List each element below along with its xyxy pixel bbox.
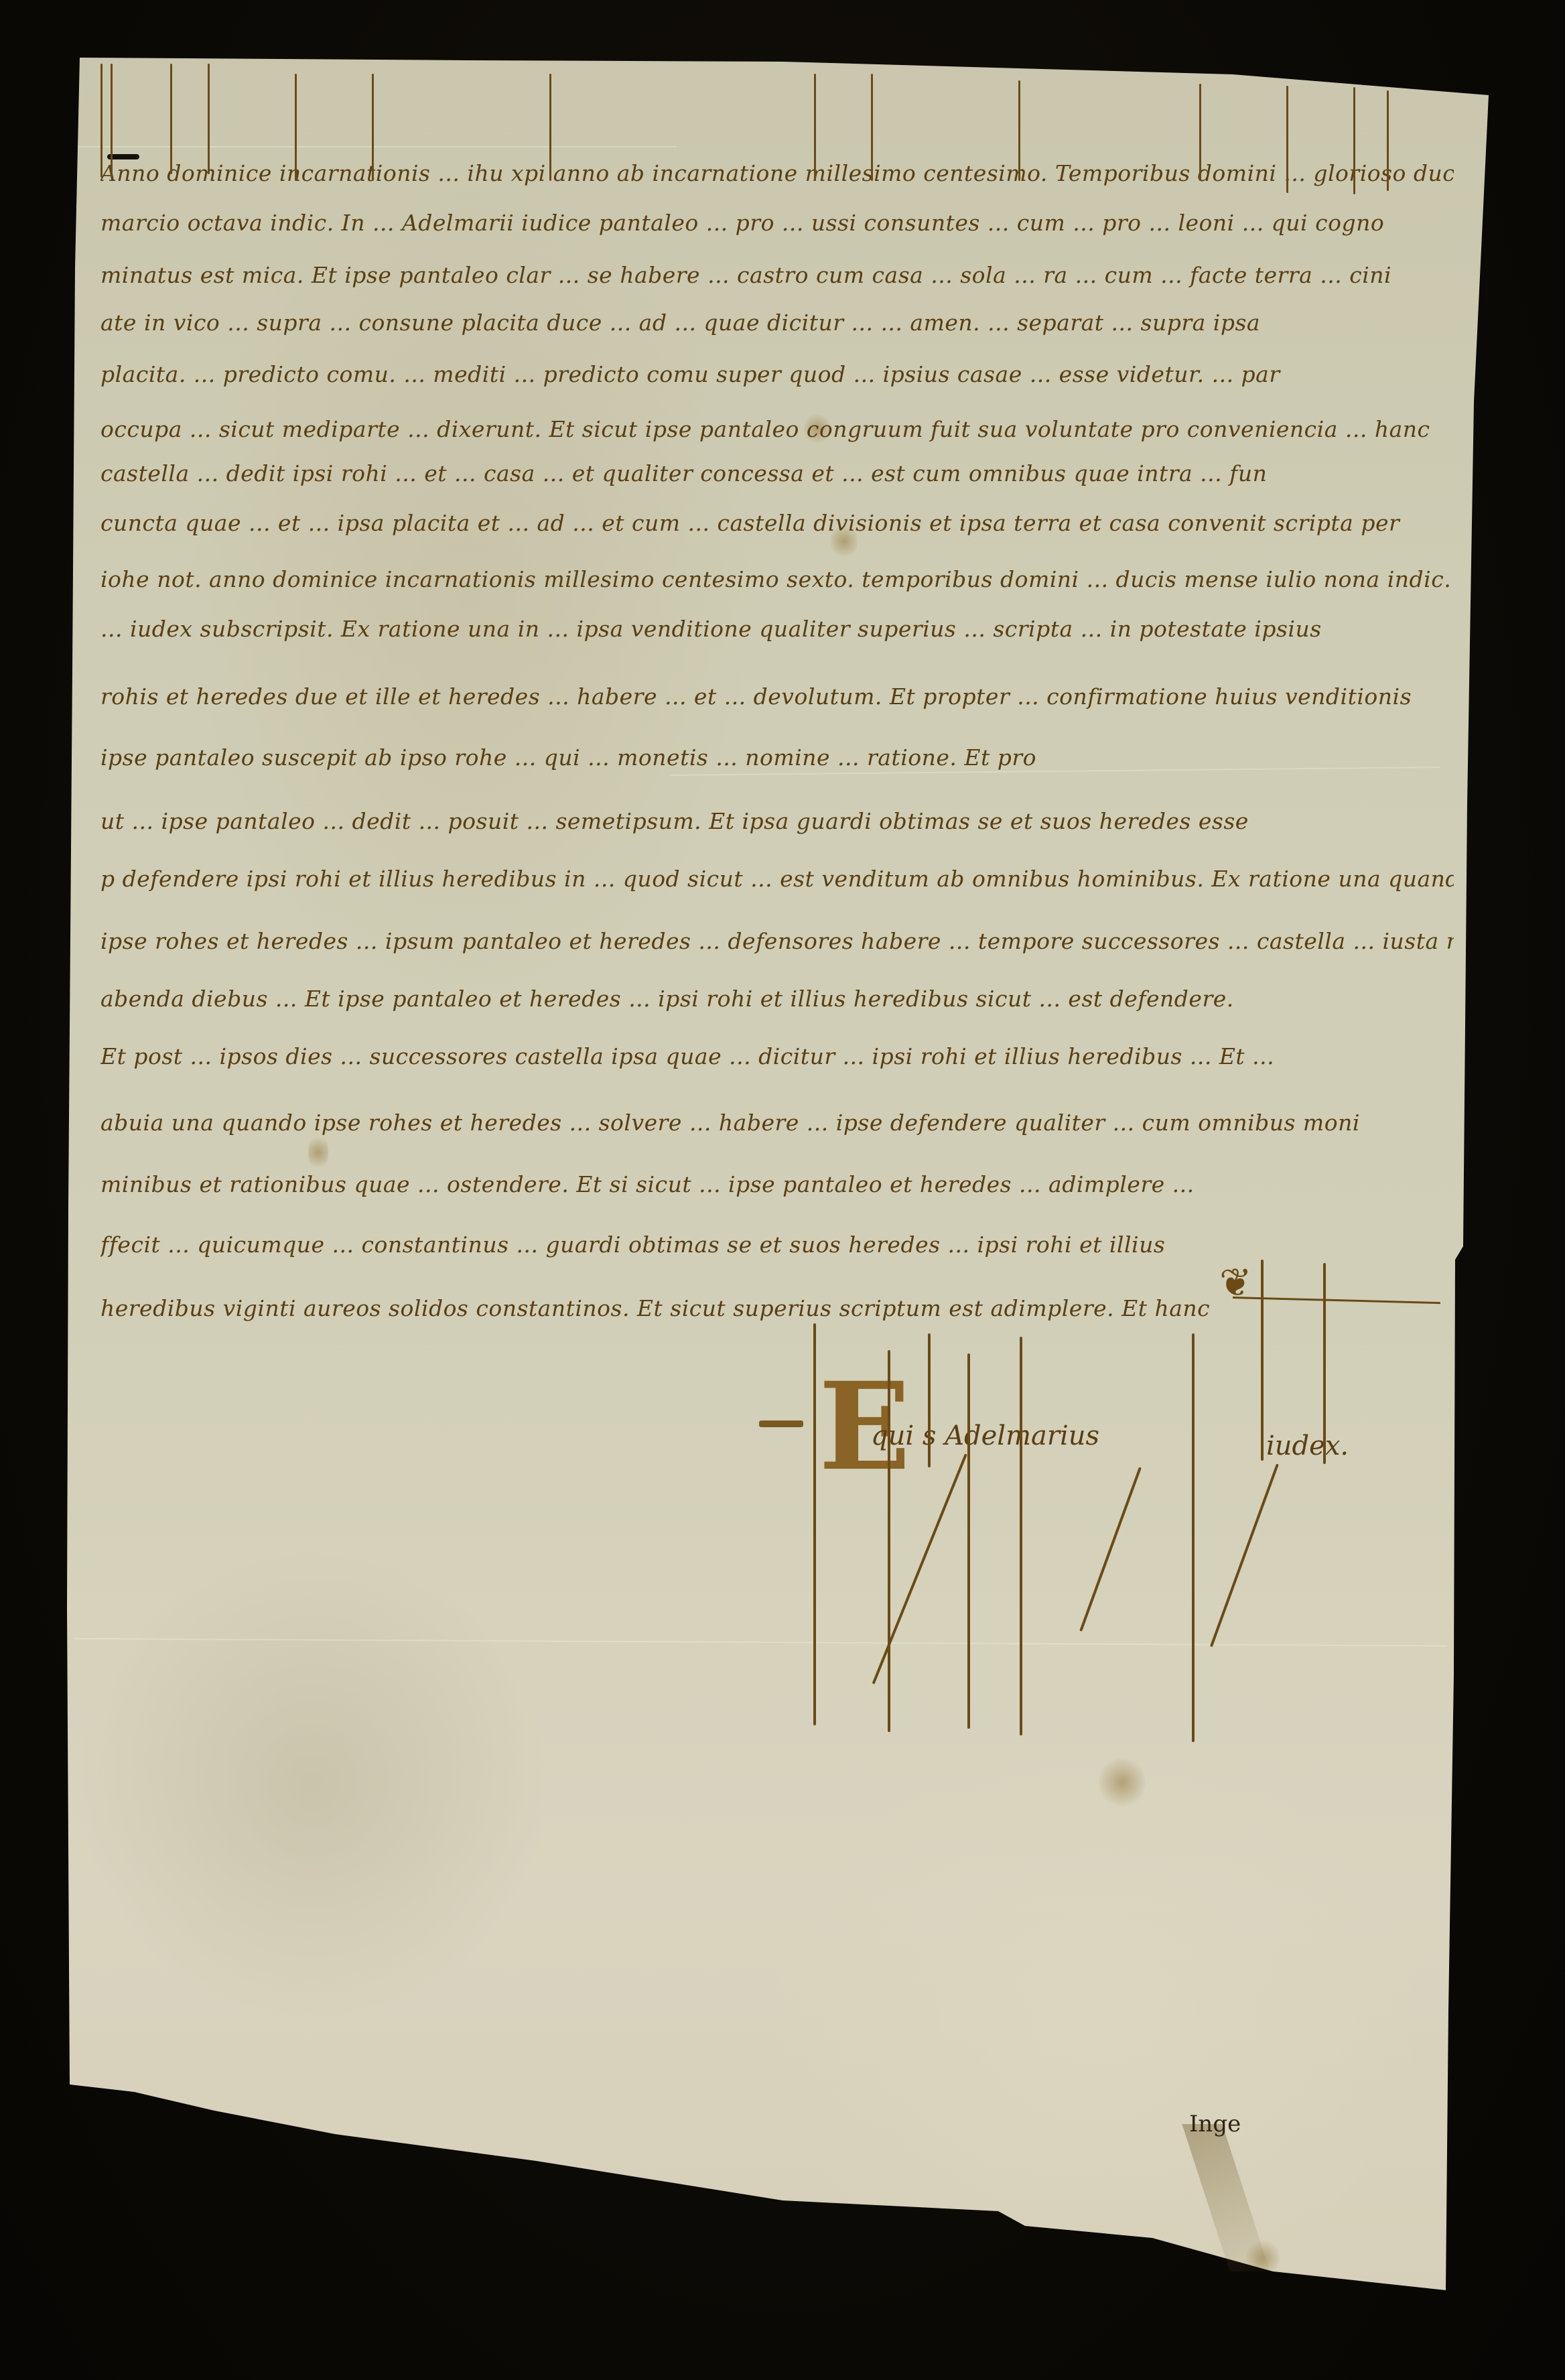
cross-bar — [759, 1420, 803, 1427]
text-line: occupa ... sicut mediparte ... dixerunt.… — [100, 416, 1454, 443]
ascender-stroke — [1286, 86, 1288, 193]
text-line: p defendere ipsi rohi et illius heredibu… — [100, 866, 1454, 892]
ascender-stroke — [1387, 90, 1389, 191]
text-line: marcio octava indic. In ... Adelmarii iu… — [100, 210, 1454, 237]
text-line: castella ... dedit ipsi rohi ... et ... … — [100, 460, 1454, 487]
signature-stroke — [928, 1333, 931, 1467]
text-line: ipse rohes et heredes ... ipsum pantaleo… — [100, 928, 1454, 955]
text-line: cuncta quae ... et ... ipsa placita et .… — [100, 510, 1454, 537]
text-line: heredibus viginti aureos solidos constan… — [100, 1295, 1213, 1322]
ascender-stroke — [372, 74, 374, 181]
text-line: ut ... ipse pantaleo ... dedit ... posui… — [100, 808, 1454, 835]
ascender-stroke — [295, 74, 297, 181]
stain — [1099, 1756, 1146, 1809]
fold-line — [74, 1638, 1447, 1647]
cross-upright — [813, 1323, 816, 1725]
ascender-stroke — [1199, 84, 1201, 181]
ascender-stroke — [814, 74, 816, 181]
stain — [308, 1132, 328, 1173]
text-line: abuia una quando ipse rohes et heredes .… — [100, 1110, 1454, 1136]
text-line: ipse pantaleo suscepit ab ipso rohe ... … — [100, 744, 1454, 771]
text-line: ffecit ... quicumque ... constantinus ..… — [100, 1232, 1454, 1258]
ascender-stroke — [170, 64, 172, 174]
text-line: placita. ... predicto comu. ... mediti .… — [100, 361, 1454, 388]
signature-stroke — [1192, 1333, 1195, 1742]
ascender-stroke — [871, 74, 873, 181]
signature-title: iudex. — [1266, 1431, 1349, 1461]
text-line: rohis et heredes due et ille et heredes … — [100, 683, 1454, 710]
signature-stroke — [1261, 1260, 1264, 1461]
text-line: Anno dominice incarnationis ... ihu xpi … — [100, 160, 1454, 187]
signature-stroke — [1323, 1263, 1326, 1464]
text-line: abenda diebus ... Et ipse pantaleo et he… — [100, 986, 1454, 1012]
text-line: minibus et rationibus quae ... ostendere… — [100, 1171, 1454, 1198]
signature-name: qui s Adelmarius — [871, 1420, 1099, 1451]
signature-stroke — [967, 1353, 970, 1729]
signature-stroke — [888, 1350, 890, 1732]
fold-line — [74, 146, 677, 147]
ascender-stroke — [100, 64, 103, 178]
ascender-stroke — [111, 64, 113, 178]
text-line: ... iudex subscripsit. Ex ratione una in… — [100, 616, 1454, 643]
ascender-stroke — [549, 74, 551, 181]
ascender-stroke — [208, 64, 210, 174]
archival-note: Inge — [1189, 2111, 1241, 2137]
text-line: Et post ... ipsos dies ... successores c… — [100, 1043, 1454, 1070]
ascender-stroke — [1353, 87, 1355, 194]
text-line: minatus est mica. Et ipse pantaleo clar … — [100, 262, 1454, 289]
text-line: iohe not. anno dominice incarnationis mi… — [100, 566, 1454, 593]
text-line: ate in vico ... supra ... consune placit… — [100, 310, 1454, 336]
signature-stroke — [1020, 1337, 1022, 1735]
ascender-stroke — [1018, 80, 1020, 181]
